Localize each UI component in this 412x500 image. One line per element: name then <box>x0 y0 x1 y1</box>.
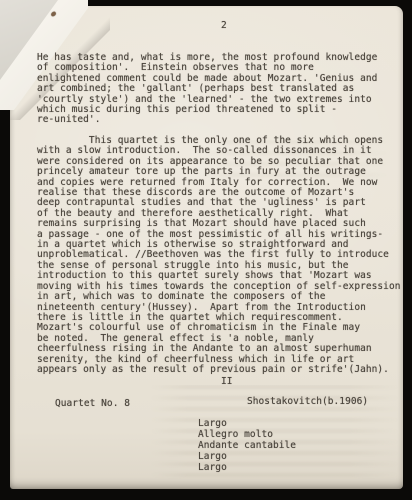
paragraph-quartet-commentary: This quartet is the only one of the six … <box>37 136 400 375</box>
composer-name: Shostakovitch(b.1906) <box>247 397 368 407</box>
paragraph-mozart-quote: He has taste and, what is more, the most… <box>37 53 377 126</box>
page-number: 2 <box>221 21 227 31</box>
work-title: Quartet No. 8 <box>55 399 130 409</box>
section-heading: II <box>221 377 233 387</box>
scanned-program-page: 2 He has taste and, what is more, the mo… <box>0 0 412 500</box>
movement-list: Largo Allegro molto Andante cantabile La… <box>198 418 296 473</box>
